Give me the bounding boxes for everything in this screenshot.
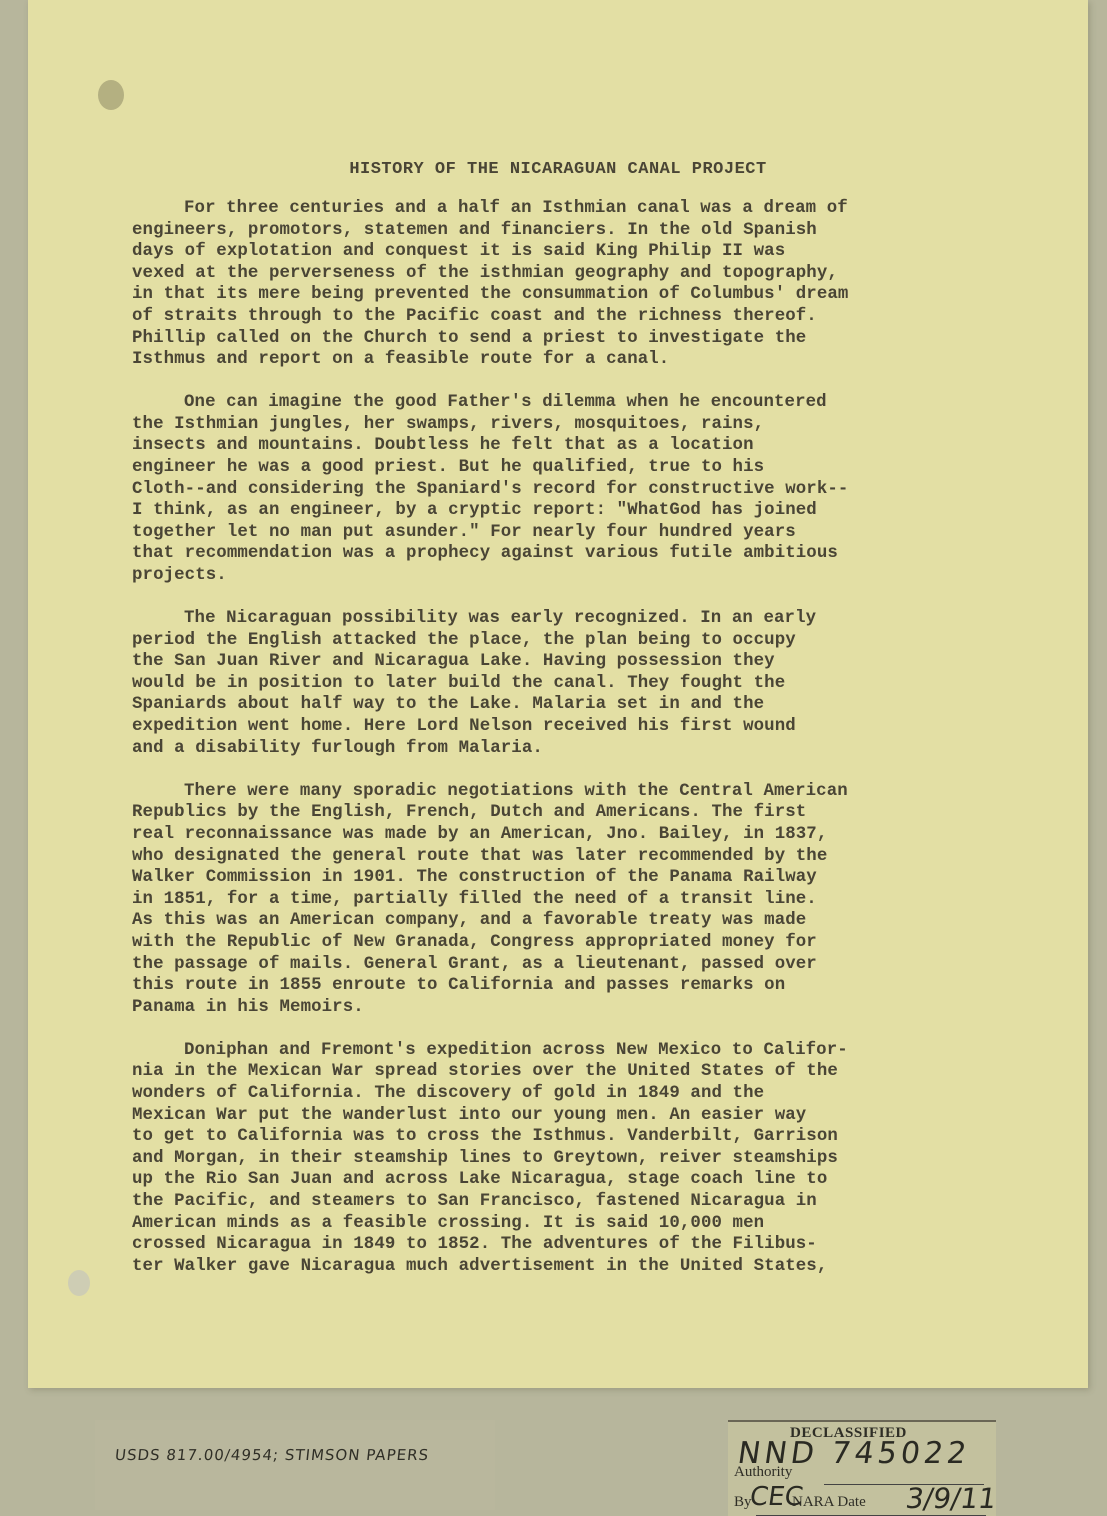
paragraph-1: For three centuries and a half an Isthmi… — [132, 198, 1044, 371]
paragraph-3: The Nicaraguan possibility was early rec… — [132, 608, 1044, 759]
document-page: HISTORY OF THE NICARAGUAN CANAL PROJECT … — [28, 0, 1088, 1388]
stamp-agency-date-label: NARA Date — [792, 1494, 866, 1511]
punch-hole-mark — [98, 80, 124, 110]
paragraph-5: Doniphan and Fremont's expedition across… — [132, 1040, 1044, 1278]
document-title: HISTORY OF THE NICARAGUAN CANAL PROJECT — [28, 160, 1088, 179]
paragraph-4: There were many sporadic negotiations wi… — [132, 781, 1044, 1019]
declassified-stamp: DECLASSIFIED NND 745022 Authority By CEC… — [728, 1420, 996, 1516]
catalog-reference: USDS 817.00/4954; STIMSON PAPERS — [114, 1446, 430, 1464]
paragraph-2: One can imagine the good Father's dilemm… — [132, 392, 1044, 586]
punch-hole — [68, 1270, 90, 1296]
catalog-label: USDS 817.00/4954; STIMSON PAPERS — [95, 1420, 495, 1510]
stamp-authority-label: Authority — [734, 1464, 792, 1481]
stamp-date-value: 3/9/11 — [904, 1482, 999, 1515]
document-body: For three centuries and a half an Isthmi… — [132, 198, 1044, 1299]
